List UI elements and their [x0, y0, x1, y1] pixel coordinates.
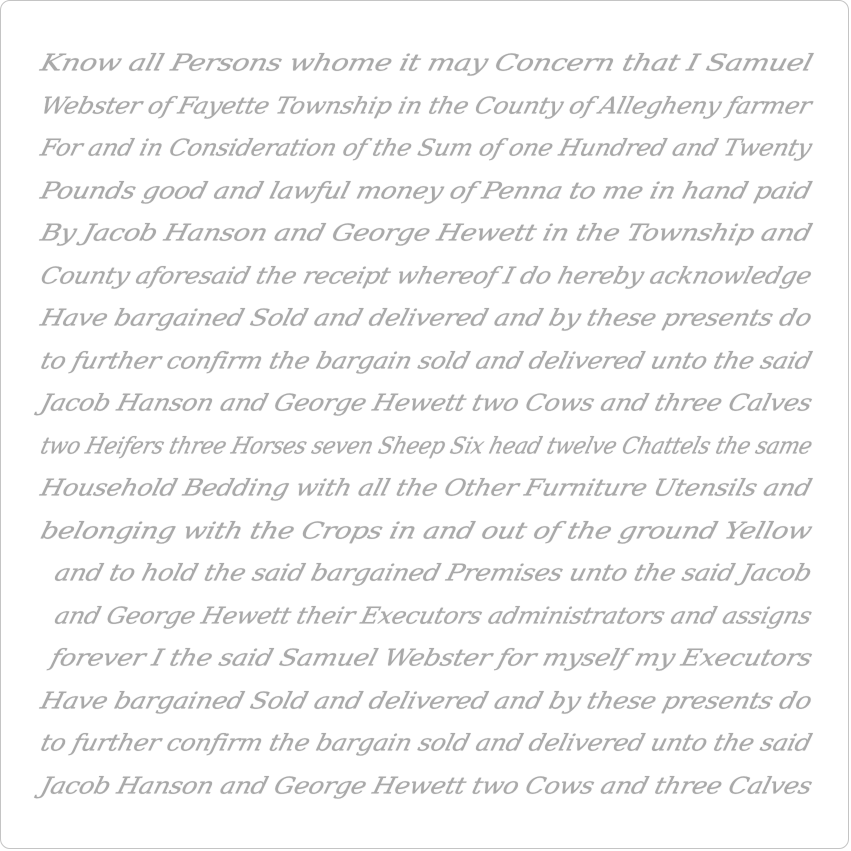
handwritten-line-11: Household Bedding with all the Other Fur…	[37, 473, 814, 505]
handwritten-line-10: two Heifers three Horses seven Sheep Six…	[37, 431, 815, 463]
handwriting-stencil: Know all Persons whome it may Concern th…	[0, 0, 849, 849]
handwritten-line-12: belonging with the Crops in and out of t…	[37, 516, 815, 548]
handwritten-line-14: and George Hewett their Executors admini…	[51, 601, 815, 633]
handwritten-line-16: Have bargained Sold and delivered and by…	[37, 686, 815, 718]
handwritten-line-6: County aforesaid the receipt whereof I d…	[37, 261, 814, 293]
handwritten-line-13: and to hold the said bargained Premises …	[51, 558, 815, 590]
handwritten-line-17: to further confirm the bargain sold and …	[37, 728, 814, 760]
handwritten-line-2: Webster of Fayette Township in the Count…	[37, 91, 814, 123]
handwritten-line-8: to further confirm the bargain sold and …	[37, 346, 814, 378]
handwritten-line-1: Know all Persons whome it may Concern th…	[37, 48, 815, 80]
handwritten-line-18: Jacob Hanson and George Hewett two Cows …	[37, 771, 815, 803]
handwritten-line-5: By Jacob Hanson and George Hewett in the…	[37, 218, 815, 250]
handwritten-line-15: forever I the said Samuel Webster for my…	[47, 643, 815, 675]
handwritten-line-9: Jacob Hanson and George Hewett two Cows …	[37, 388, 815, 420]
handwritten-line-3: For and in Consideration of the Sum of o…	[37, 133, 814, 165]
handwritten-line-4: Pounds good and lawful money of Penna to…	[37, 176, 814, 208]
handwritten-line-7: Have bargained Sold and delivered and by…	[37, 303, 815, 335]
